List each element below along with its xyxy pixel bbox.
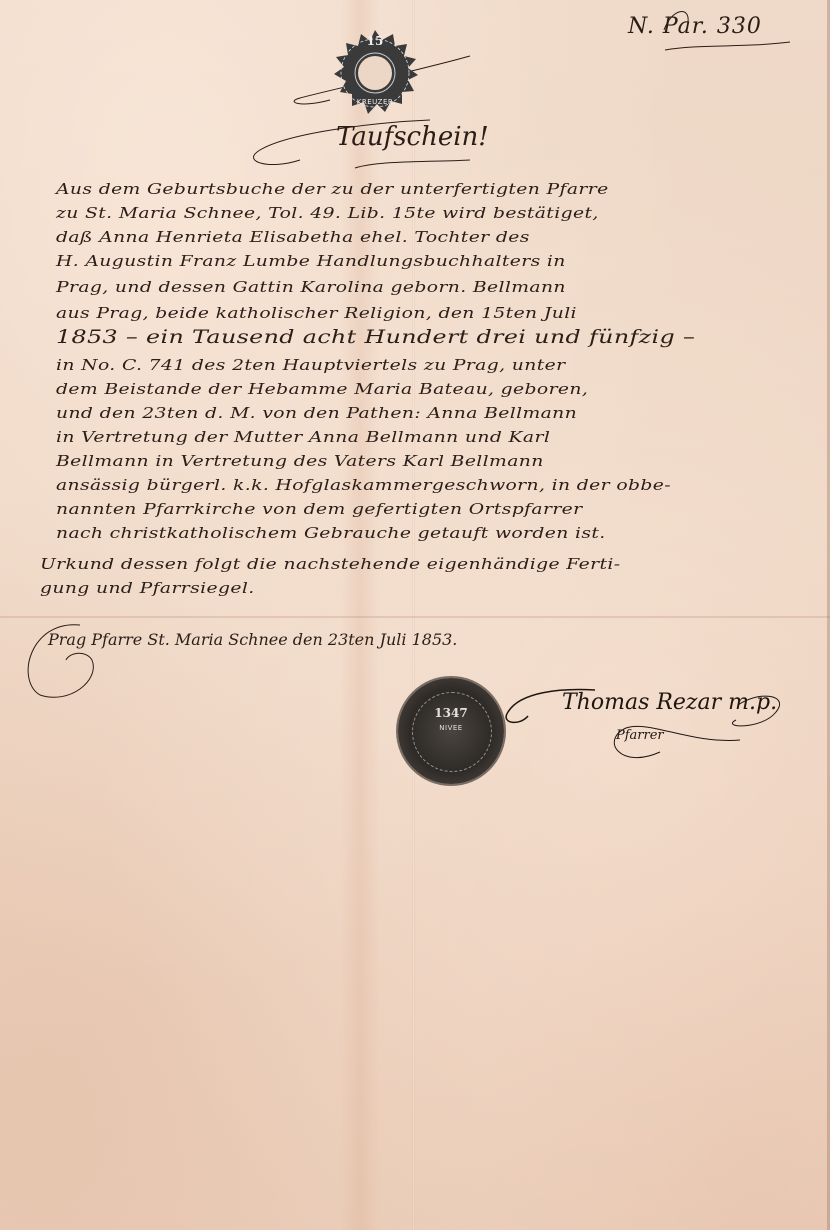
body-line: nannten Pfarrkirche von dem gefertigten … [56, 500, 582, 518]
body-line: nach christkatholischem Gebrauche getauf… [56, 524, 606, 542]
body-line: Aus dem Geburtsbuche der zu der unterfer… [56, 180, 609, 198]
body-line: daß Anna Henrieta Elisabetha ehel. Tocht… [56, 228, 530, 246]
body-line: Prag, und dessen Gattin Karolina geborn.… [56, 278, 566, 296]
tax-stamp: 15 KREUZER [332, 30, 418, 116]
body-line: in No. C. 741 des 2ten Hauptviertels zu … [56, 356, 565, 374]
body-line: und den 23ten d. M. von den Pathen: Anna… [56, 404, 577, 422]
body-line-date: 1853 – ein Tausend acht Hundert drei und… [56, 326, 695, 348]
horizontal-fold-line [0, 616, 830, 618]
place-and-date: Prag Pfarre St. Maria Schnee den 23ten J… [48, 630, 457, 649]
seal-year: 1347 [398, 706, 504, 720]
pastor-title: Pfarrer [616, 728, 664, 743]
pastor-signature: Thomas Rezar m.p. [562, 690, 777, 715]
body-line: Bellmann in Vertretung des Vaters Karl B… [56, 452, 544, 470]
body-line: in Vertretung der Mutter Anna Bellmann u… [56, 428, 550, 446]
body-line: H. Augustin Franz Lumbe Handlungsbuchhal… [56, 252, 566, 270]
closing-line: gung und Pfarrsiegel. [40, 579, 255, 597]
stamp-value: 15 [332, 34, 418, 48]
body-line: aus Prag, beide katholischer Religion, d… [56, 304, 577, 322]
seal-ring [412, 692, 492, 772]
reference-number: N. Par. 330 [628, 14, 762, 39]
parish-seal: 1347 NIVEE [398, 678, 504, 784]
document-page: N. Par. 330 15 KREUZER Taufschein! Aus d… [0, 0, 830, 1230]
body-line: ansässig bürgerl. k.k. Hofglaskammergesc… [56, 476, 671, 494]
stamp-currency: KREUZER [332, 98, 418, 106]
document-title: Taufschein! [336, 122, 489, 152]
body-line: dem Beistande der Hebamme Maria Bateau, … [56, 380, 588, 398]
body-line: zu St. Maria Schnee, Tol. 49. Lib. 15te … [56, 204, 599, 222]
closing-line: Urkund dessen folgt die nachstehende eig… [40, 555, 620, 573]
seal-text: NIVEE [398, 724, 504, 732]
